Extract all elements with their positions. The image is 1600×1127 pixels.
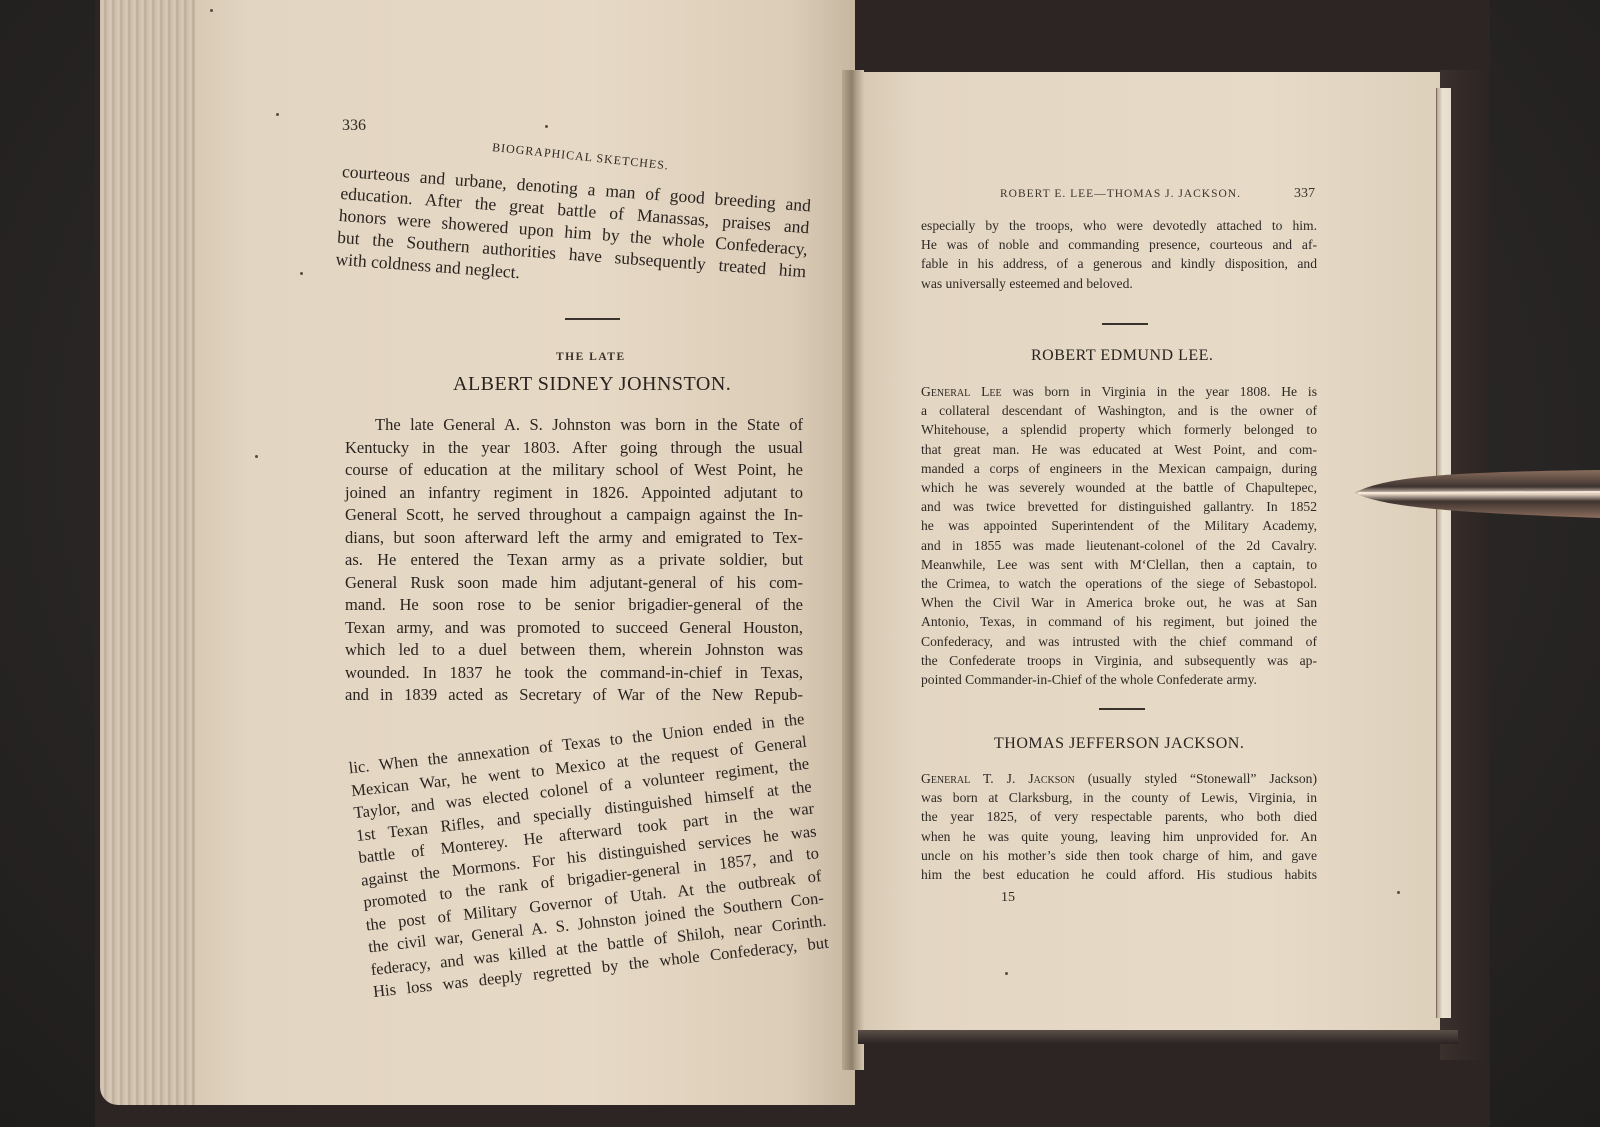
section-divider — [1102, 323, 1148, 325]
text-line: he was appointed Superintendent of the M… — [921, 516, 1317, 535]
johnston-body-lower: lic. When the annexation of Texas to the… — [348, 708, 830, 1004]
text-line: especially by the troops, who were devot… — [921, 216, 1317, 235]
text-line: was born at Clarksburg, in the county of… — [921, 788, 1317, 807]
johnston-body-upper: The late General A. S. Johnston was born… — [345, 414, 803, 707]
text-line: Whitehouse, a splendid property which fo… — [921, 420, 1317, 439]
text-line: the Crimea, to watch the operations of t… — [921, 574, 1317, 593]
text-line: General Scott, he served throughout a ca… — [345, 504, 803, 527]
section-divider — [565, 318, 620, 320]
text-line: He was of noble and commanding presence,… — [921, 235, 1317, 254]
right-continuation-text: especially by the troops, who were devot… — [921, 216, 1317, 293]
text-line: joined an infantry regiment in 1826. App… — [345, 482, 803, 505]
right-page-number: 337 — [1294, 186, 1315, 202]
text-line: fable in his address, of a generous and … — [921, 254, 1317, 273]
text-line: mand. He soon rose to be senior brigadie… — [345, 594, 803, 617]
text-line: wounded. In 1837 he took the command-in-… — [345, 662, 803, 685]
page-block-edge — [100, 0, 200, 1105]
section-title-johnston: ALBERT SIDNEY JOHNSTON. — [453, 373, 731, 396]
text-line: Antonio, Texas, in command of his regime… — [921, 612, 1317, 631]
text-line: Meanwhile, Lee was sent with M‘Clellan, … — [921, 555, 1317, 574]
text-line: which led to a duel between them, wherei… — [345, 639, 803, 662]
signature-mark: 15 — [1001, 890, 1015, 906]
text-line: Confederacy, and was intrusted with the … — [921, 632, 1317, 651]
text-line: uncle on his mother’s side then took cha… — [921, 846, 1317, 865]
text-line: General Rusk soon made him adjutant-gene… — [345, 572, 803, 595]
text-line: a collateral descendant of Washington, a… — [921, 401, 1317, 420]
text-line: was universally esteemed and beloved. — [921, 274, 1317, 293]
text-line: and was twice brevetted for distinguishe… — [921, 497, 1317, 516]
knife-blade-icon — [1354, 466, 1600, 518]
text-line: pointed Commander-in-Chief of the whole … — [921, 670, 1317, 689]
lee-body: General Lee was born in Virginia in the … — [921, 382, 1317, 689]
text-line: the year 1825, of very respectable paren… — [921, 807, 1317, 826]
section-title-lee: ROBERT EDMUND LEE. — [1031, 347, 1213, 365]
lead-small-caps: General T. J. Jackson — [921, 771, 1075, 786]
text-line: General Lee was born in Virginia in the … — [921, 382, 1317, 401]
section-title-jackson: THOMAS JEFFERSON JACKSON. — [994, 735, 1244, 753]
text-line: course of education at the military scho… — [345, 459, 803, 482]
text-line: as. He entered the Texan army as a priva… — [345, 549, 803, 572]
text-line: When the Civil War in America broke out,… — [921, 593, 1317, 612]
section-kicker: THE LATE — [556, 351, 626, 363]
page-bottom-shadow — [858, 1030, 1458, 1044]
book-gutter — [842, 70, 864, 1070]
text-line: which he was severely wounded at the bat… — [921, 478, 1317, 497]
text-line: The late General A. S. Johnston was born… — [345, 414, 803, 437]
text-line: him the best education he could afford. … — [921, 865, 1317, 884]
text-line: dians, but soon afterward left the army … — [345, 527, 803, 550]
text-line: Kentucky in the year 1803. After going t… — [345, 437, 803, 460]
left-page-number: 336 — [342, 117, 366, 135]
text-line: and in 1855 was made lieutenant-colonel … — [921, 536, 1317, 555]
right-page-stack — [1436, 88, 1451, 1018]
text-line: when he was quite young, leaving him unp… — [921, 827, 1317, 846]
text-line: the Confederate troops in Virginia, and … — [921, 651, 1317, 670]
text-line: and in 1839 acted as Secretary of War of… — [345, 684, 803, 707]
text-line: manded a corps of engineers in the Mexic… — [921, 459, 1317, 478]
jackson-body: General T. J. Jackson (usually styled “S… — [921, 769, 1317, 884]
section-divider — [1099, 708, 1145, 710]
text-line: Texan army, and was promoted to succeed … — [345, 617, 803, 640]
text-line: General T. J. Jackson (usually styled “S… — [921, 769, 1317, 788]
text-line: that great man. He was educated at West … — [921, 440, 1317, 459]
lead-small-caps: General Lee — [921, 384, 1002, 399]
right-running-head: ROBERT E. LEE—THOMAS J. JACKSON. — [1000, 188, 1241, 200]
